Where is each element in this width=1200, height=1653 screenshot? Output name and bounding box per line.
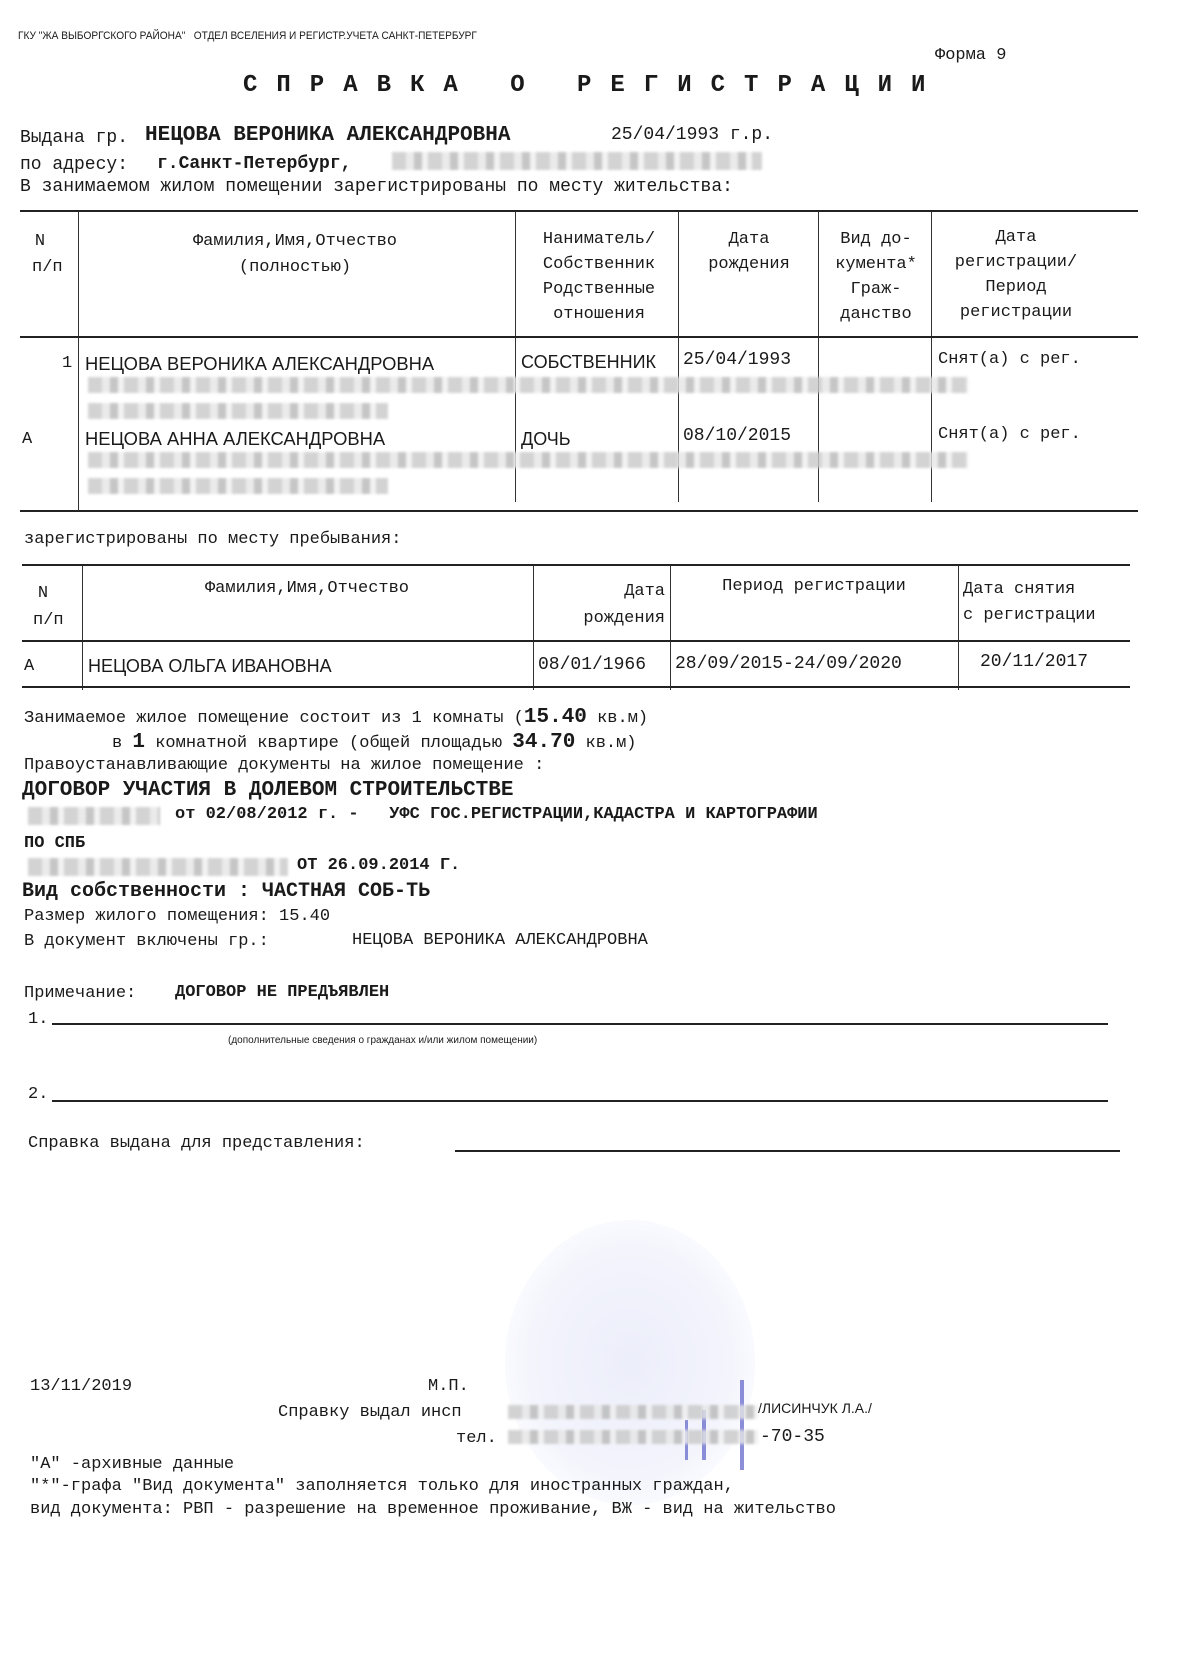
contract-type: ДОГОВОР УЧАСТИЯ В ДОЛЕВОМ СТРОИТЕЛЬСТВЕ	[22, 779, 513, 802]
note-hint: (дополнительные сведения о гражданах и/и…	[228, 1035, 537, 1046]
title-docs-label: Правоустанавливающие документы на жилое …	[24, 756, 544, 775]
cell-birth: 08/01/1966	[538, 655, 646, 675]
official-stamp	[505, 1220, 755, 1505]
organization-header: ГКУ "ЖА ВЫБОРГСКОГО РАЙОНА" ОТДЕЛ ВСЕЛЕН…	[18, 30, 477, 42]
phone-tail: -70-35	[760, 1427, 825, 1447]
note-label: Примечание:	[24, 984, 136, 1003]
redacted-registration-number	[28, 858, 288, 876]
cell-fio: НЕЦОВА ОЛЬГА ИВАНОВНА	[88, 656, 332, 677]
table-rule	[22, 564, 1130, 566]
registration-date: ОТ 26.09.2014 Г.	[297, 856, 460, 875]
header-doc: Вид до-кумента*Граж-данство	[820, 227, 932, 327]
holder-birth: 25/04/1993 г.р.	[611, 125, 773, 145]
cell-registration: Снят(а) с рег.	[938, 350, 1081, 369]
purpose-line	[455, 1150, 1120, 1152]
cell-n: А	[22, 430, 32, 449]
note-line-2	[52, 1100, 1108, 1102]
inspector-name: /ЛИСИНЧУК Л.А./	[758, 1400, 872, 1416]
ownership-type: Вид собственности : ЧАСТНАЯ СОБ-ТЬ	[22, 880, 430, 903]
address-label: по адресу:	[20, 155, 128, 175]
redacted-details	[88, 452, 968, 468]
cell-fio: НЕЦОВА АННА АЛЕКСАНДРОВНА	[85, 429, 385, 450]
contract-date: от 02/08/2012 г. - УФС ГОС.РЕГИСТРАЦИИ,К…	[175, 805, 818, 824]
cell-fio: НЕЦОВА ВЕРОНИКА АЛЕКСАНДРОВНА	[85, 354, 434, 375]
stay-intro: зарегистрированы по месту пребывания:	[24, 530, 401, 549]
cell-relation: СОБСТВЕННИК	[521, 352, 656, 373]
form-number: Форма 9	[935, 46, 1006, 65]
cell-removed: 20/11/2017	[980, 652, 1088, 672]
registering-body: ПО СПБ	[24, 834, 85, 853]
header-relation: Наниматель/СобственникРодственныеотношен…	[520, 227, 678, 327]
note-item-2-label: 2.	[28, 1085, 48, 1104]
redacted-address	[392, 152, 762, 170]
signature	[740, 1380, 744, 1470]
note-value: ДОГОВОР НЕ ПРЕДЪЯВЛЕН	[175, 983, 389, 1002]
col-divider	[78, 212, 79, 512]
included-name: НЕЦОВА ВЕРОНИКА АЛЕКСАНДРОВНА	[352, 931, 648, 950]
table-rule	[20, 210, 1138, 212]
issued-to-label: Выдана гр.	[20, 128, 128, 148]
cell-birth: 25/04/1993	[683, 350, 791, 370]
col-divider	[82, 566, 83, 690]
premises-line-1: Занимаемое жилое помещение состоит из 1 …	[24, 706, 648, 729]
issue-date: 13/11/2019	[30, 1377, 132, 1396]
purpose-label: Справка выдана для представления:	[28, 1134, 365, 1153]
cell-period: 28/09/2015-24/09/2020	[675, 654, 902, 674]
premises-line-2: в 1 комнатной квартире (общей площадью 3…	[112, 731, 637, 754]
header-birth: Датарождения	[680, 227, 818, 277]
header-fio: Фамилия,Имя,Отчество(полностью)	[80, 229, 510, 281]
redacted-details	[88, 478, 388, 494]
issued-by-label: Справку выдал инсп	[278, 1403, 462, 1422]
premises-size: Размер жилого помещения: 15.40	[24, 907, 330, 926]
stay-header-fio: Фамилия,Имя,Отчество	[84, 579, 530, 598]
stay-header-removed: Дата снятияс регистрации	[963, 577, 1096, 629]
cell-n: А	[24, 657, 34, 676]
header-registration: Датарегистрации/Периодрегистрации	[936, 225, 1096, 325]
table-rule	[20, 510, 1138, 512]
redacted-details	[88, 403, 388, 419]
table-rule	[20, 336, 1138, 338]
col-divider	[533, 566, 534, 690]
address-city: г.Санкт-Петербург,	[157, 154, 351, 174]
header-n: Nп/п	[32, 229, 48, 281]
note-line-1	[52, 1023, 1108, 1025]
col-divider	[670, 566, 671, 690]
legend-archive: "А" -архивные данные	[30, 1455, 234, 1474]
cell-birth: 08/10/2015	[683, 426, 791, 446]
redacted-inspector	[508, 1405, 758, 1419]
stay-header-birth: Датарождения	[540, 578, 665, 632]
stamp-place-label: М.П.	[428, 1377, 469, 1396]
cell-registration: Снят(а) с рег.	[938, 425, 1081, 444]
legend-document-type: "*"-графа "Вид документа" заполняется то…	[30, 1477, 734, 1496]
table-rule	[22, 640, 1130, 642]
stay-header-n: Nп/п	[33, 580, 53, 634]
cell-relation: ДОЧЬ	[521, 429, 571, 450]
stay-header-period: Период регистрации	[672, 577, 956, 596]
included-label: В документ включены гр.:	[24, 932, 269, 951]
redacted-phone	[508, 1430, 758, 1444]
table-rule	[22, 686, 1130, 688]
holder-name: НЕЦОВА ВЕРОНИКА АЛЕКСАНДРОВНА	[145, 124, 510, 147]
phone-label: тел.	[456, 1429, 497, 1448]
legend-abbreviations: вид документа: РВП - разрешение на време…	[30, 1500, 836, 1519]
note-item-1-label: 1.	[28, 1010, 48, 1029]
page-title: СПРАВКА О РЕГИСТРАЦИИ	[243, 72, 944, 99]
col-divider	[958, 566, 959, 690]
residence-intro: В занимаемом жилом помещении зарегистрир…	[20, 177, 733, 197]
cell-n: 1	[62, 354, 72, 373]
redacted-contract-number	[28, 807, 160, 825]
redacted-details	[88, 377, 968, 393]
